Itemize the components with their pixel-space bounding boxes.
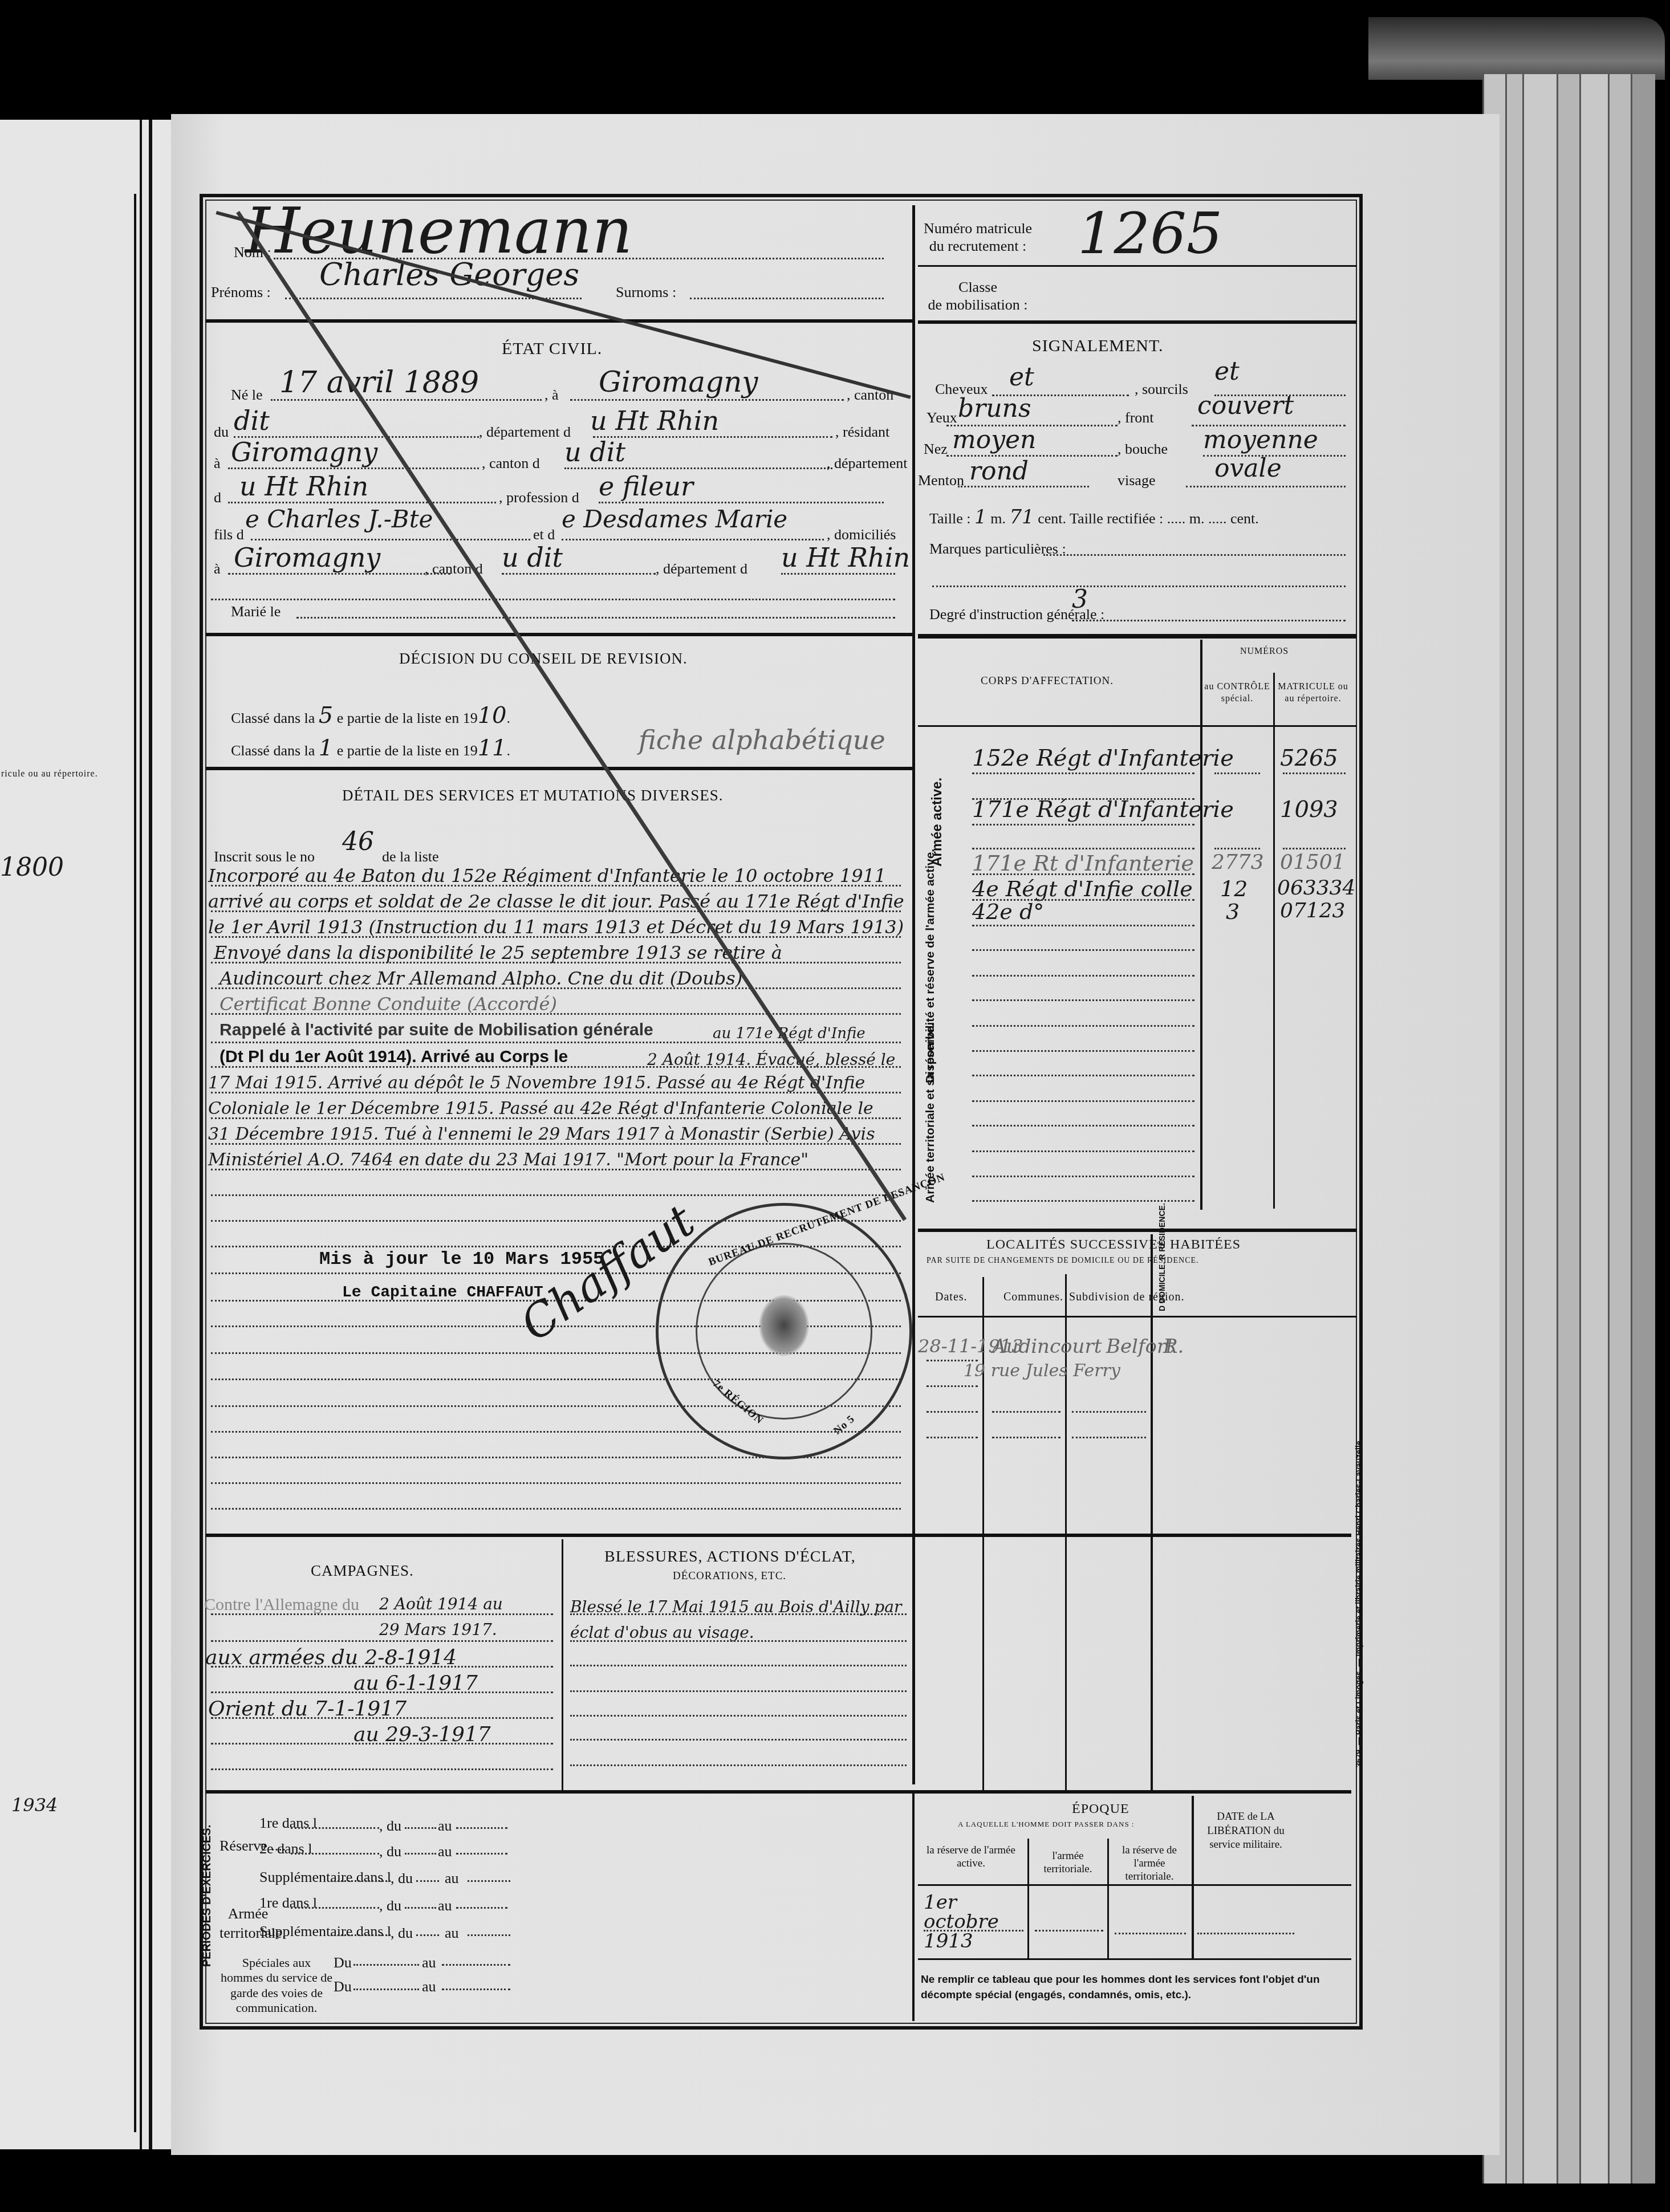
service-line: Incorporé au 4e Baton du 152e Régiment d… [208, 867, 886, 885]
service-line: Ministériel A.O. 7464 en date du 23 Mai … [208, 1152, 808, 1169]
visage-value: ovale [1214, 456, 1282, 481]
service-line: 31 Décembre 1915. Tué à l'ennemi le 29 M… [208, 1126, 875, 1143]
epoque-note: Ne remplir ce tableau que pour les homme… [921, 1973, 1343, 2003]
service-line: Certificat Bonne Conduite (Accordé) [220, 995, 557, 1013]
column-divider [912, 205, 915, 1784]
decret-printed: (Dt Pl du 1er Août 1914). Arrivé au Corp… [220, 1047, 568, 1067]
epoque-reserve-value: 1er octobre 1913 [924, 1893, 992, 1951]
capitaine-typed: Le Capitaine CHAFFAUT [342, 1284, 543, 1302]
localite-commune: Audincourt [992, 1337, 1102, 1356]
service-line: Envoyé dans la disponibilité le 25 septe… [214, 944, 782, 962]
taille-row: Taille : 1 m. 71 cent. Taille rectifiée … [929, 507, 1259, 527]
corps-row: 152e Régt d'Infanterie [972, 747, 1234, 770]
blessure-line: éclat d'obus au visage. [570, 1625, 754, 1641]
conseil-title: DÉCISION DU CONSEIL DE REVISION. [399, 650, 688, 668]
printer-line: 3679. — Paris et Limoges. — Imprimerie e… [1354, 1438, 1363, 1767]
reserve-corps-row: 42e d° [972, 901, 1044, 922]
corps-affectation-title: CORPS D'AFFECTATION. [981, 676, 1114, 686]
taille-cent-value: 71 [1009, 506, 1034, 528]
degre-value: 3 [1072, 587, 1088, 612]
service-line: Audincourt chez Mr Allemand Alpho. Cne d… [220, 969, 742, 987]
left-page-header-fragment: ricule ou au répertoire. [1, 770, 98, 779]
localites-title: LOCALITÉS SUCCESSIVES HABITÉES [986, 1237, 1241, 1253]
front-value: couvert [1197, 393, 1294, 418]
profession-value: e fileur [599, 473, 693, 499]
left-page-number-fragment: 1800 [0, 855, 64, 880]
nez-value: moyen [952, 428, 1036, 453]
localite-dr: R. [1163, 1337, 1184, 1356]
blessures-title: BLESSURES, ACTIONS D'ÉCLAT, [604, 1548, 856, 1566]
periodes-label: PÉRIODES D'EXERCICES. [201, 1825, 214, 1967]
service-line: arrivé au corps et soldat de 2e classe l… [208, 892, 904, 910]
father-value: e Charles J.-Bte [245, 507, 433, 531]
matricule-value: 1265 [1078, 205, 1223, 262]
taille-m-value: 1 [974, 506, 987, 528]
bouche-value: moyenne [1203, 428, 1318, 453]
reserve-corps-row: 4e Régt d'Infie colle [972, 878, 1193, 900]
nom-value: Heunemann [245, 200, 632, 262]
etat-civil-title: ÉTAT CIVIL. [502, 339, 602, 359]
matricule-label: Numéro matriculedu recrutement : [924, 219, 1032, 255]
birthplace-value: Giromagny [599, 368, 758, 396]
service-line: 17 Mai 1915. Arrivé au dépôt le 5 Novemb… [208, 1075, 865, 1092]
surnoms-label: Surnoms : [616, 285, 676, 300]
campagne-stamp-line: Contre l'Allemagne du [204, 1596, 359, 1613]
classe-row-2: Classé dans la 1 e partie de la liste en… [231, 737, 510, 759]
page-stack [1482, 74, 1665, 2183]
services-title: DÉTAIL DES SERVICES ET MUTATIONS DIVERSE… [342, 787, 724, 804]
classe-label: Classede mobilisation : [924, 278, 1032, 314]
ne-le-value: 17 avril 1889 [279, 368, 479, 397]
stamp-emblem-icon [758, 1294, 810, 1357]
epoque-title: ÉPOQUE [1072, 1802, 1129, 1817]
book-cover-top [1368, 17, 1665, 80]
service-line: Coloniale le 1er Décembre 1915. Passé au… [208, 1100, 873, 1117]
yeux-value: bruns [958, 396, 1031, 421]
left-page: ricule ou au répertoire. 1800 1934 [0, 120, 171, 2149]
blessure-line: Blessé le 17 Mai 1915 au Bois d'Ailly pa… [570, 1599, 901, 1615]
campagnes-title: CAMPAGNES. [311, 1562, 414, 1580]
fiche-alphabetique-note: fiche alphabétique [639, 727, 885, 753]
numeros-title: NUMÉROS [1240, 647, 1289, 656]
menton-value: rond [969, 459, 1029, 484]
service-line: le 1er Avril 1913 (Instruction du 11 mar… [208, 918, 904, 936]
mis-a-jour-typed: Mis à jour le 10 Mars 1955 [319, 1249, 604, 1270]
ne-le-label: Né le [231, 388, 263, 402]
campagne-orient: Orient du 7-1-1917 [208, 1699, 407, 1719]
prenoms-label: Prénoms : [211, 285, 271, 300]
mother-value: e Desdames Marie [562, 507, 787, 531]
corps-row: 171e Régt d'Infanterie [972, 798, 1234, 821]
inscrit-value: 46 [342, 829, 374, 855]
signalement-title: SIGNALEMENT. [1032, 336, 1164, 356]
rappel-printed: Rappelé à l'activité par suite de Mobili… [220, 1020, 653, 1040]
classe-row-1: Classé dans la 5 e partie de la liste en… [231, 704, 510, 727]
left-page-date-fragment: 1934 [11, 1796, 58, 1814]
reserve-corps-row: 171e Rt d'Infanterie [972, 852, 1194, 874]
